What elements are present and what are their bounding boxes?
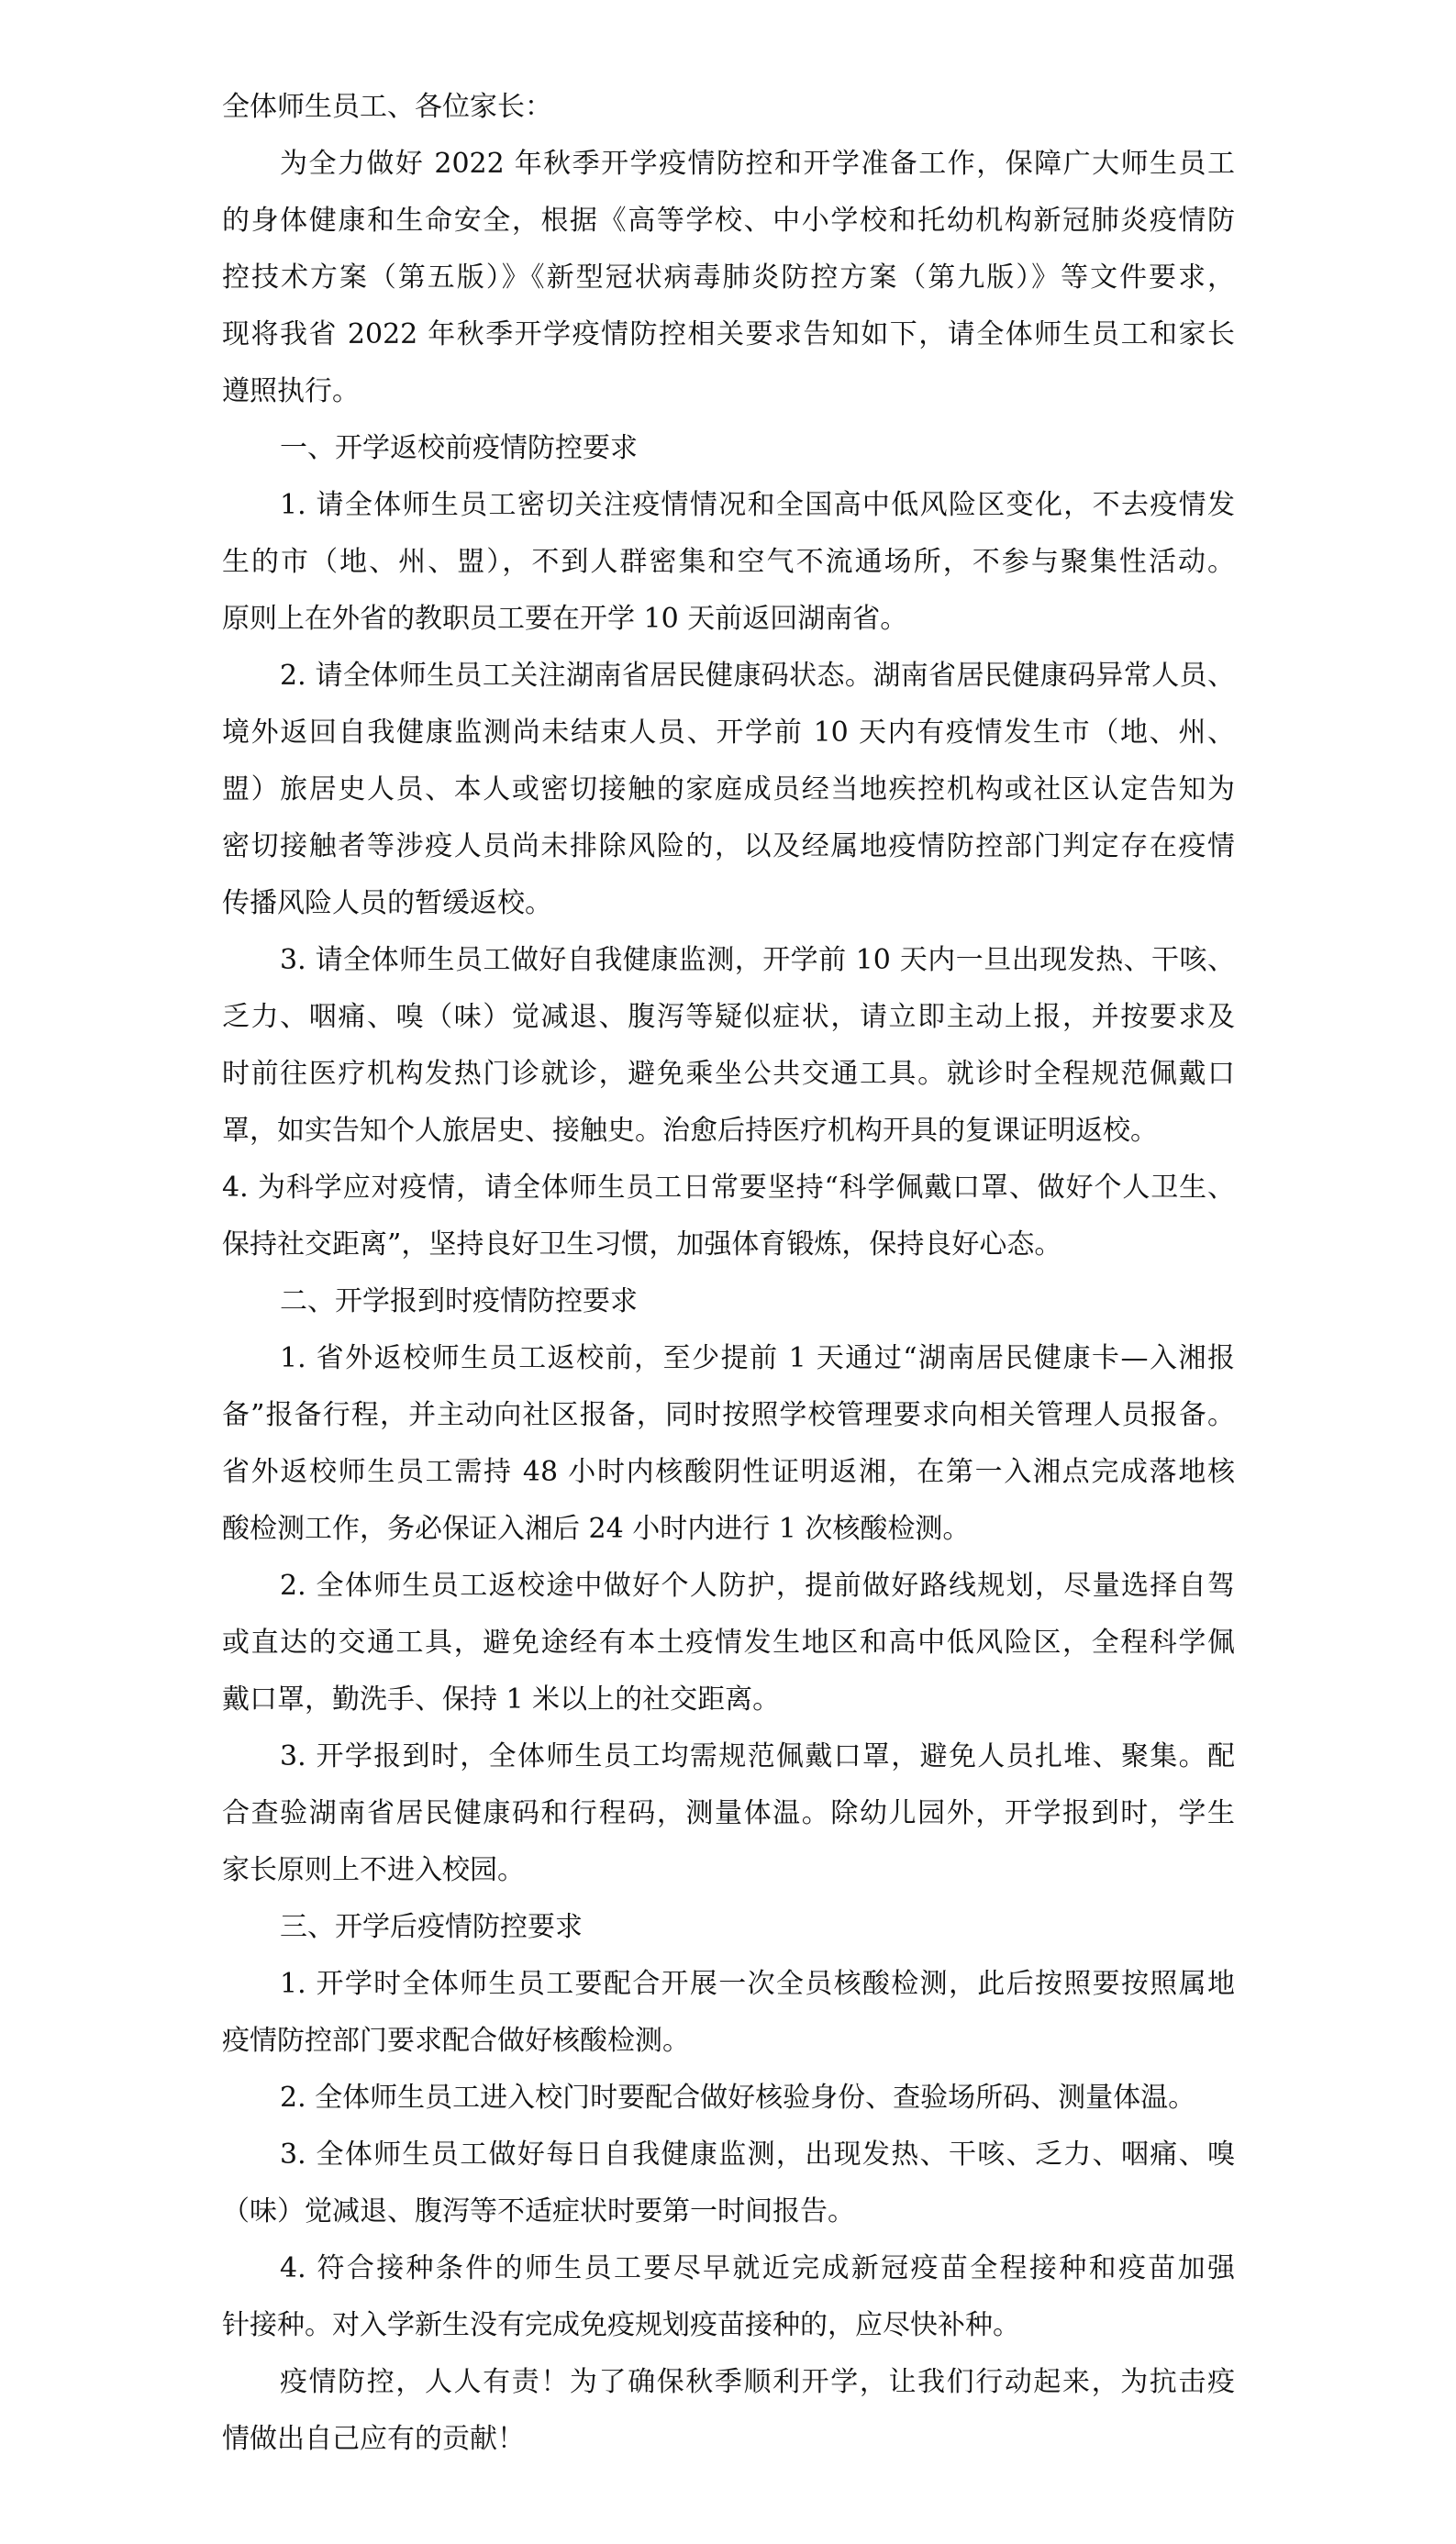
paragraph-line: 情做出自己应有的贡献！ [222,2411,1235,2468]
paragraph-line: 酸检测工作，务必保证入湘后 24 小时内进行 1 次核酸检测。 [222,1501,1235,1558]
paragraph-line: 针接种。对入学新生没有完成免疫规划疫苗接种的，应尽快补种。 [222,2297,1235,2354]
paragraph-line: 合查验湖南省居民健康码和行程码，测量体温。除幼儿园外，开学报到时，学生 [222,1785,1235,1842]
paragraph-line: 3. 开学报到时，全体师生员工均需规范佩戴口罩，避免人员扎堆、聚集。配 [222,1728,1235,1785]
paragraph-line: 时前往医疗机构发热门诊就诊，避免乘坐公共交通工具。就诊时全程规范佩戴口 [222,1046,1235,1103]
paragraph-line: 传播风险人员的暂缓返校。 [222,875,1235,932]
paragraph-line: 密切接触者等涉疫人员尚未排除风险的，以及经属地疫情防控部门判定存在疫情 [222,818,1235,875]
section-item-3: 3. 开学报到时，全体师生员工均需规范佩戴口罩，避免人员扎堆、聚集。配 合查验湖… [222,1728,1235,1899]
section-heading: 三、开学后疫情防控要求 [222,1899,1235,1956]
closing-paragraph: 疫情防控，人人有责！为了确保秋季顺利开学，让我们行动起来，为抗击疫 情做出自己应… [222,2354,1235,2468]
paragraph-line: 1. 请全体师生员工密切关注疫情情况和全国高中低风险区变化，不去疫情发 [222,477,1235,534]
section-item-3: 3. 请全体师生员工做好自我健康监测，开学前 10 天内一旦出现发热、干咳、 乏… [222,932,1235,1160]
paragraph-line: 为全力做好 2022 年秋季开学疫情防控和开学准备工作，保障广大师生员工 [222,136,1235,193]
section-item-3: 3. 全体师生员工做好每日自我健康监测，出现发热、干咳、乏力、咽痛、嗅 （味）觉… [222,2127,1235,2240]
section-after-school-start: 三、开学后疫情防控要求 1. 开学时全体师生员工要配合开展一次全员核酸检测，此后… [222,1899,1235,2354]
paragraph-line: 境外返回自我健康监测尚未结束人员、开学前 10 天内有疫情发生市（地、州、 [222,705,1235,761]
paragraph-line: 戴口罩，勤洗手、保持 1 米以上的社交距离。 [222,1672,1235,1728]
section-item-1: 1. 省外返校师生员工返校前，至少提前 1 天通过“湖南居民健康卡—入湘报 备”… [222,1330,1235,1558]
paragraph-line: 保持社交距离”，坚持良好卫生习惯，加强体育锻炼，保持良好心态。 [222,1216,1235,1273]
section-heading: 一、开学返校前疫情防控要求 [222,420,1235,477]
section-heading: 二、开学报到时疫情防控要求 [222,1273,1235,1330]
paragraph-line: 乏力、咽痛、嗅（味）觉减退、腹泻等疑似症状，请立即主动上报，并按要求及 [222,989,1235,1046]
paragraph-line: 罩，如实告知个人旅居史、接触史。治愈后持医疗机构开具的复课证明返校。 [222,1103,1235,1160]
section-at-registration: 二、开学报到时疫情防控要求 1. 省外返校师生员工返校前，至少提前 1 天通过“… [222,1273,1235,1899]
paragraph-line: 备”报备行程，并主动向社区报备，同时按照学校管理要求向相关管理人员报备。 [222,1387,1235,1444]
paragraph-line: 4. 符合接种条件的师生员工要尽早就近完成新冠疫苗全程接种和疫苗加强 [222,2240,1235,2297]
salutation: 全体师生员工、各位家长： [222,79,1235,136]
section-item-4: 4. 为科学应对疫情，请全体师生员工日常要坚持“科学佩戴口罩、做好个人卫生、 保… [222,1160,1235,1273]
paragraph-line: 家长原则上不进入校园。 [222,1842,1235,1899]
paragraph-line: 盟）旅居史人员、本人或密切接触的家庭成员经当地疾控机构或社区认定告知为 [222,761,1235,818]
paragraph-line: 3. 请全体师生员工做好自我健康监测，开学前 10 天内一旦出现发热、干咳、 [222,932,1235,989]
paragraph-line: 2. 请全体师生员工关注湖南省居民健康码状态。湖南省居民健康码异常人员、 [222,648,1235,705]
paragraph-line: 的身体健康和生命安全，根据《高等学校、中小学校和托幼机构新冠肺炎疫情防 [222,193,1235,250]
section-item-2: 2. 请全体师生员工关注湖南省居民健康码状态。湖南省居民健康码异常人员、 境外返… [222,648,1235,932]
paragraph-line: 1. 开学时全体师生员工要配合开展一次全员核酸检测，此后按照要按照属地 [222,1956,1235,2013]
paragraph-line: 2. 全体师生员工进入校门时要配合做好核验身份、查验场所码、测量体温。 [222,2070,1235,2127]
paragraph-line: 原则上在外省的教职员工要在开学 10 天前返回湖南省。 [222,591,1235,648]
paragraph-line: 或直达的交通工具，避免途经有本土疫情发生地区和高中低风险区，全程科学佩 [222,1615,1235,1672]
section-item-4: 4. 符合接种条件的师生员工要尽早就近完成新冠疫苗全程接种和疫苗加强 针接种。对… [222,2240,1235,2354]
section-item-2: 2. 全体师生员工进入校门时要配合做好核验身份、查验场所码、测量体温。 [222,2070,1235,2127]
paragraph-line: 省外返校师生员工需持 48 小时内核酸阴性证明返湘，在第一入湘点完成落地核 [222,1444,1235,1501]
section-item-1: 1. 开学时全体师生员工要配合开展一次全员核酸检测，此后按照要按照属地 疫情防控… [222,1956,1235,2070]
paragraph-line: 疫情防控部门要求配合做好核酸检测。 [222,2013,1235,2070]
paragraph-line: 3. 全体师生员工做好每日自我健康监测，出现发热、干咳、乏力、咽痛、嗅 [222,2127,1235,2183]
paragraph-line: 2. 全体师生员工返校途中做好个人防护，提前做好路线规划，尽量选择自驾 [222,1558,1235,1615]
intro-paragraph: 为全力做好 2022 年秋季开学疫情防控和开学准备工作，保障广大师生员工 的身体… [222,136,1235,420]
section-before-return: 一、开学返校前疫情防控要求 1. 请全体师生员工密切关注疫情情况和全国高中低风险… [222,420,1235,1273]
paragraph-line: 4. 为科学应对疫情，请全体师生员工日常要坚持“科学佩戴口罩、做好个人卫生、 [222,1160,1235,1216]
section-item-1: 1. 请全体师生员工密切关注疫情情况和全国高中低风险区变化，不去疫情发 生的市（… [222,477,1235,648]
notice-document: 全体师生员工、各位家长： 为全力做好 2022 年秋季开学疫情防控和开学准备工作… [222,79,1235,2468]
paragraph-line: 现将我省 2022 年秋季开学疫情防控相关要求告知如下，请全体师生员工和家长 [222,306,1235,363]
paragraph-line: 1. 省外返校师生员工返校前，至少提前 1 天通过“湖南居民健康卡—入湘报 [222,1330,1235,1387]
paragraph-line: （味）觉减退、腹泻等不适症状时要第一时间报告。 [222,2183,1235,2240]
paragraph-line: 控技术方案（第五版）》《新型冠状病毒肺炎防控方案（第九版）》等文件要求， [222,250,1235,306]
paragraph-line: 生的市（地、州、盟），不到人群密集和空气不流通场所，不参与聚集性活动。 [222,534,1235,591]
section-item-2: 2. 全体师生员工返校途中做好个人防护，提前做好路线规划，尽量选择自驾 或直达的… [222,1558,1235,1728]
paragraph-line: 遵照执行。 [222,363,1235,420]
paragraph-line: 疫情防控，人人有责！为了确保秋季顺利开学，让我们行动起来，为抗击疫 [222,2354,1235,2411]
